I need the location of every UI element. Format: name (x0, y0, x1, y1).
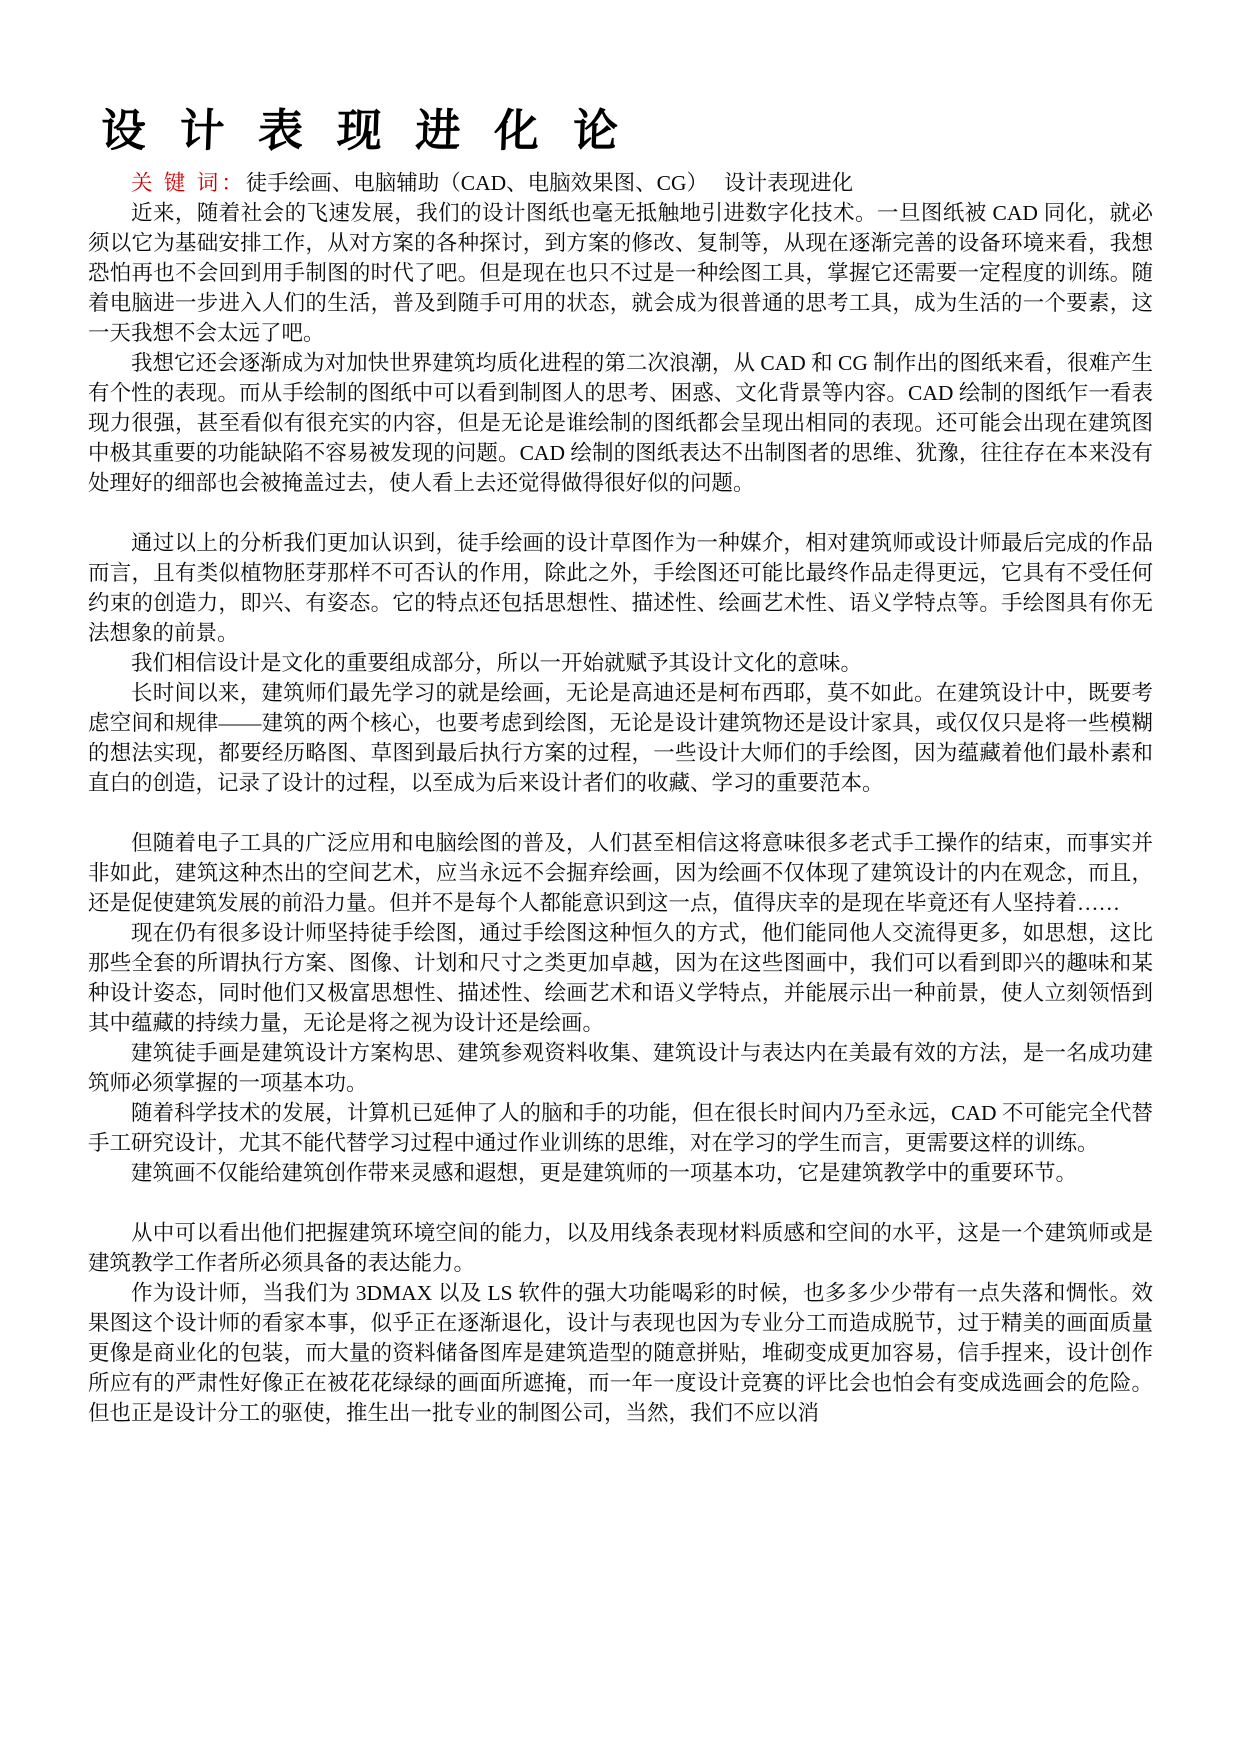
keywords-text: 徒手绘画、电脑辅助（CAD、电脑效果图、CG） 设计表现进化 (246, 171, 853, 195)
paragraph: 长时间以来，建筑师们最先学习的就是绘画，无论是高迪还是柯布西耶，莫不如此。在建筑… (88, 678, 1153, 798)
paragraph: 现在仍有很多设计师坚持徒手绘图，通过手绘图这种恒久的方式，他们能同他人交流得更多… (88, 918, 1153, 1038)
keywords-line: 关 键 词：徒手绘画、电脑辅助（CAD、电脑效果图、CG） 设计表现进化 (88, 168, 1153, 198)
paragraph: 随着科学技术的发展，计算机已延伸了人的脑和手的功能，但在很长时间内乃至永远，CA… (88, 1098, 1153, 1158)
keywords-label: 关 键 词： (131, 171, 246, 195)
paragraph: 建筑徒手画是建筑设计方案构思、建筑参观资料收集、建筑设计与表达内在美最有效的方法… (88, 1038, 1153, 1098)
paragraph: 我想它还会逐渐成为对加快世界建筑均质化进程的第二次浪潮，从 CAD 和 CG 制… (88, 348, 1153, 498)
paragraph: 从中可以看出他们把握建筑环境空间的能力，以及用线条表现材料质感和空间的水平，这是… (88, 1218, 1153, 1278)
paragraph: 但随着电子工具的广泛应用和电脑绘图的普及，人们甚至相信这将意味很多老式手工操作的… (88, 828, 1153, 918)
paragraph: 近来，随着社会的飞速发展，我们的设计图纸也毫无抵触地引进数字化技术。一旦图纸被 … (88, 198, 1153, 348)
paragraph: 建筑画不仅能给建筑创作带来灵感和遐想，更是建筑师的一项基本功，它是建筑教学中的重… (88, 1158, 1153, 1188)
paragraph: 作为设计师，当我们为 3DMAX 以及 LS 软件的强大功能喝彩的时候，也多多少… (88, 1278, 1153, 1428)
page-title: 设 计 表 现 进 化 论 (100, 106, 1155, 156)
document-page: 设 计 表 现 进 化 论 关 键 词：徒手绘画、电脑辅助（CAD、电脑效果图、… (0, 0, 1241, 1754)
paragraph: 通过以上的分析我们更加认识到，徒手绘画的设计草图作为一种媒介，相对建筑师或设计师… (88, 528, 1153, 648)
body-paragraphs: 近来，随着社会的飞速发展，我们的设计图纸也毫无抵触地引进数字化技术。一旦图纸被 … (88, 198, 1153, 1428)
paragraph: 我们相信设计是文化的重要组成部分，所以一开始就赋予其设计文化的意味。 (88, 648, 1153, 678)
